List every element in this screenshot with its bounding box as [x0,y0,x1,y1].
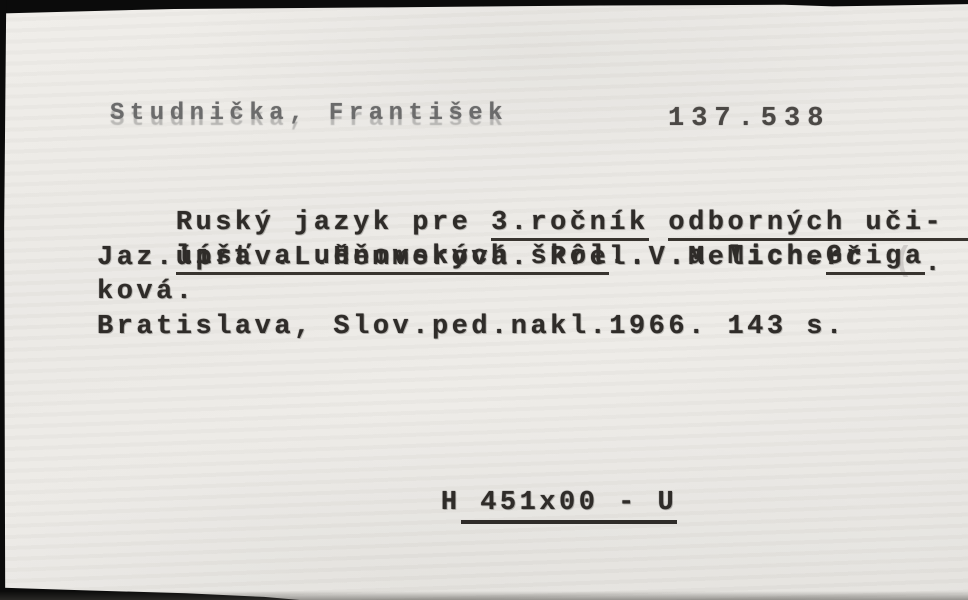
call-number-prefix: H [441,488,461,518]
scan-bottom-shadow [0,591,968,600]
title-line-2-period: . [925,249,945,279]
scan-edge-top [0,0,968,16]
catalog-card-scan: Studnička, František 137.538 Ruský jazyk… [0,0,968,600]
scan-edge-left [0,0,8,600]
imprint-line: Bratislava, Slov.ped.nakl.1966. 143 s. [97,310,846,344]
scan-edge-bottom-left [0,586,300,600]
author-heading: Studnička, František [110,100,508,127]
call-number: H 451x00 - U [362,458,677,548]
statement-line-2: ková. [97,275,196,309]
call-number-underlined: 451x00 - U [461,488,678,524]
control-number: 137.538 [668,104,830,134]
statement-line-1: Jaz.úprav.L.Hemmerová. Prel.V.Melicherč [97,241,865,275]
ghost-ink-mark: ( [893,243,913,281]
